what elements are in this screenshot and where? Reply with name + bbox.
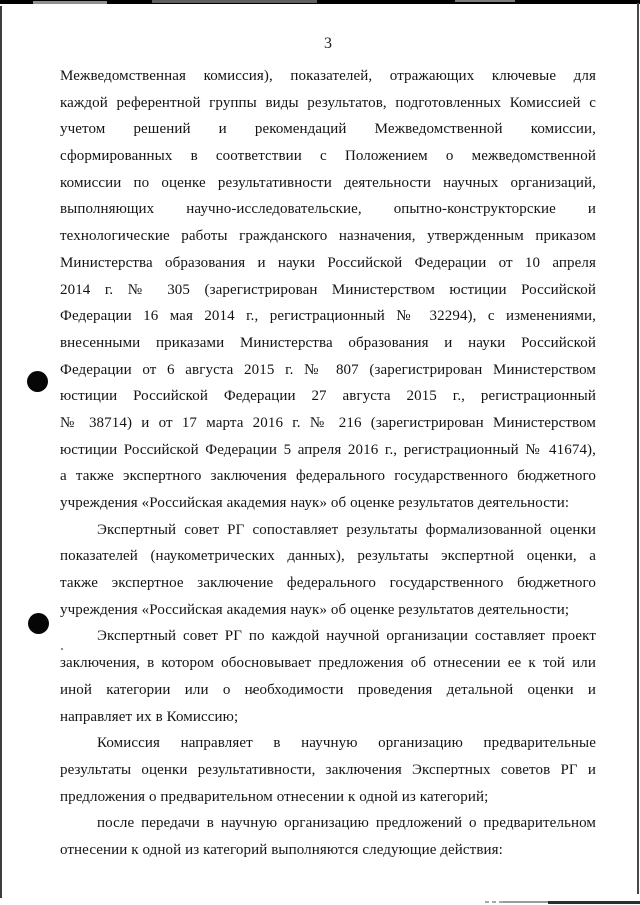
top-scan-bar — [0, 0, 640, 4]
text-line: а также экспертного заключения федеральн… — [60, 463, 596, 490]
text-line: показателей (наукометрических данных), р… — [60, 543, 596, 570]
text-line: комиссии по оценке результативности деят… — [60, 170, 596, 197]
text-line: предложения о предварительном отнесении … — [60, 784, 596, 811]
text-line: также экспертное заключение федерального… — [60, 570, 596, 597]
hole-punch-mark — [28, 613, 49, 634]
text-line: Министерства образования и науки Российс… — [60, 250, 596, 277]
text-line: Комиссия направляет в научную организаци… — [60, 730, 596, 757]
paragraph-2: Экспертный совет РГ сопоставляет результ… — [60, 517, 596, 624]
scan-bar-gray-patch — [33, 1, 107, 4]
text-line: Федерации от 6 августа 2015 г. № 807 (за… — [60, 357, 596, 384]
paragraph-3: Экспертный совет РГ по каждой научной ор… — [60, 623, 596, 730]
document-text-block: Межведомственная комиссия), показателей,… — [60, 63, 596, 864]
text-line: Экспертный совет РГ по каждой научной ор… — [60, 623, 596, 650]
text-line: юстиции Российской Федерации 27 августа … — [60, 383, 596, 410]
paragraph-4: Комиссия направляет в научную организаци… — [60, 730, 596, 810]
text-line: отнесении к одной из категорий выполняют… — [60, 837, 596, 864]
hole-punch-mark — [27, 371, 48, 392]
paragraph-1: Межведомственная комиссия), показателей,… — [60, 63, 596, 517]
text-line: выполняющих научно-исследовательские, оп… — [60, 196, 596, 223]
text-line: направляет их в Комиссию; — [60, 704, 596, 731]
scanned-document-page: 3 Межведомственная комиссия), показателе… — [0, 0, 640, 905]
text-line: юстиции Российской Федерации 5 апреля 20… — [60, 437, 596, 464]
text-line: 2014 г. № 305 (зарегистрирован Министерс… — [60, 277, 596, 304]
text-line: Экспертный совет РГ сопоставляет результ… — [60, 517, 596, 544]
text-line: результаты оценки результативности, закл… — [60, 757, 596, 784]
bottom-scan-line-dark — [548, 901, 640, 904]
text-line: Федерации 16 мая 2014 г., регистрационны… — [60, 303, 596, 330]
text-line: иной категории или о необходимости прове… — [60, 677, 596, 704]
text-line: внесенными приказами Министерства образо… — [60, 330, 596, 357]
text-line: каждой референтной группы виды результат… — [60, 90, 596, 117]
right-scan-edge-line — [637, 3, 639, 894]
text-line: учетом решений и рекомендаций Межведомст… — [60, 116, 596, 143]
scan-bar-gray-patch — [455, 0, 515, 2]
text-line: учреждения «Российская академия наук» об… — [60, 597, 596, 624]
text-line: сформированных в соответствии с Положени… — [60, 143, 596, 170]
text-line: № 38714) и от 17 марта 2016 г. № 216 (за… — [60, 410, 596, 437]
text-line: Межведомственная комиссия), показателей,… — [60, 63, 596, 90]
bottom-scan-line-gray — [503, 901, 548, 903]
scan-bar-gray-patch — [152, 0, 317, 3]
paragraph-5: после передачи в научную организацию пре… — [60, 810, 596, 863]
bottom-scan-line-dashes — [485, 901, 503, 903]
text-line: после передачи в научную организацию пре… — [60, 810, 596, 837]
page-number: 3 — [60, 35, 596, 53]
left-scan-edge-line — [0, 6, 2, 898]
text-line: заключения, в котором обосновывает предл… — [60, 650, 596, 677]
text-line: учреждения «Российская академия наук» об… — [60, 490, 596, 517]
text-line: технологические работы гражданского назн… — [60, 223, 596, 250]
